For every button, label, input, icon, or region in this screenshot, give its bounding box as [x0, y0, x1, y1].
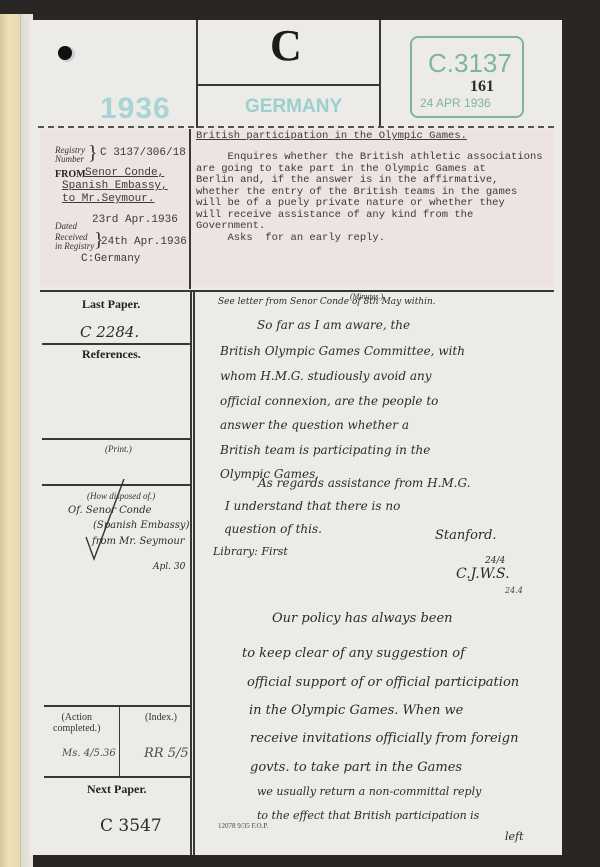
binding-spine: [0, 14, 22, 867]
action-rule: [44, 705, 190, 707]
action-index-divider: [119, 706, 120, 776]
action-completed-label: (Action completed.): [53, 712, 100, 734]
punch-hole: [58, 46, 72, 60]
minute-p3-line-7: we usually return a non-committal reply: [257, 785, 481, 798]
minutes-top-rule: [40, 290, 554, 292]
signature-2-subdate: 24.4: [505, 586, 523, 595]
minute-p3-line-1: Our policy has always been: [272, 611, 453, 626]
header-bottom-rule: [38, 126, 554, 128]
from-line-3: to Mr.Seymour.: [62, 193, 154, 205]
from-line-1: Senor Conde,: [85, 167, 164, 179]
minute-p3-line-6: govts. to take part in the Games: [250, 760, 462, 775]
minute-p1-line-3: whom H.M.G. studiously avoid any: [220, 369, 432, 383]
minute-p1-line-1: So far as I am aware, the: [257, 318, 410, 332]
action-completed-value: Ms. 4/5.36: [62, 748, 116, 759]
minute-p2-line-2: I understand that there is no: [225, 499, 400, 513]
header-hline: [196, 84, 379, 86]
received-label: Received in Registry: [55, 233, 94, 251]
minute-first-line: See letter from Senor Conde of 8th May w…: [218, 297, 436, 307]
from-line-2: Spanish Embassy,: [62, 180, 168, 192]
year-stamp: 1936: [100, 92, 171, 126]
received-value: 24th Apr.1936: [101, 236, 187, 248]
last-paper-label: Last Paper.: [82, 297, 140, 312]
dated-value: 23rd Apr.1936: [92, 214, 178, 226]
index-label: (Index.): [145, 712, 177, 723]
minute-p2-line-3: question of this.: [224, 522, 322, 536]
last-paper-value: C 2284.: [80, 323, 139, 341]
country-stamp: GERMANY: [245, 96, 342, 118]
library-note: Library: First: [213, 545, 288, 558]
minute-p1-line-4: official connexion, are the people to: [220, 394, 438, 408]
minute-p3-line-8: to the effect that British participation…: [257, 809, 479, 822]
minute-p1-line-6: British team is participating in the: [220, 443, 430, 457]
last-paper-rule: [42, 343, 190, 345]
registry-divider: [189, 129, 191, 289]
summary-text: Enquires whether the British athletic as…: [196, 152, 556, 244]
next-paper-value: C 3547: [100, 816, 162, 836]
checkmark-icon: [84, 477, 128, 567]
minute-p2-line-1: As regards assistance from H.M.G.: [258, 476, 470, 490]
brace-icon: }: [88, 142, 98, 165]
stamp-sub-number: 161: [470, 78, 494, 96]
header-divider-1: [196, 20, 198, 128]
from-label: FROM: [55, 169, 86, 180]
sidebar-divider: [190, 290, 192, 855]
next-paper-label: Next Paper.: [87, 782, 147, 797]
print-label: (Print.): [105, 444, 132, 454]
index-value: RR 5/5: [144, 746, 189, 761]
next-paper-rule: [44, 776, 190, 778]
minute-p1-line-2: British Olympic Games Committee, with: [220, 344, 465, 358]
signature-2-date: 24/4: [485, 556, 505, 566]
print-code: 12078 9/35 F.O.P.: [218, 822, 268, 830]
references-label: References.: [82, 347, 141, 362]
minute-p3-line-5: receive invitations officially from fore…: [250, 731, 519, 746]
minute-p3-line-3: official support of or official particip…: [247, 675, 519, 690]
registry-number: C 3137/306/18: [100, 147, 186, 159]
department-letter: C: [270, 20, 302, 71]
stamp-date: 24 APR 1936: [420, 96, 491, 110]
minute-p3-line-4: in the Olympic Games. When we: [249, 703, 463, 718]
disposed-date: Apl. 30: [153, 562, 185, 572]
minute-p3-line-9: left: [505, 830, 524, 843]
references-rule: [42, 438, 190, 440]
header-divider-2: [379, 20, 381, 128]
stamp-number: C.3137: [428, 48, 512, 79]
signature-2: C.J.W.S.: [456, 566, 510, 582]
subject-line: British participation in the Olympic Gam…: [196, 130, 467, 142]
sidebar-divider-inner: [193, 290, 195, 855]
minute-p1-line-5: answer the question whether a: [220, 418, 409, 432]
dated-label: Dated: [55, 222, 77, 231]
registry-stamp: C.3137 161 24 APR 1936: [410, 36, 524, 118]
signature-1: Stanford.: [435, 528, 497, 543]
registry-number-label: Registry Number: [55, 146, 85, 164]
minute-p3-line-2: to keep clear of any suggestion of: [242, 646, 465, 661]
file-department: C:Germany: [81, 253, 140, 265]
